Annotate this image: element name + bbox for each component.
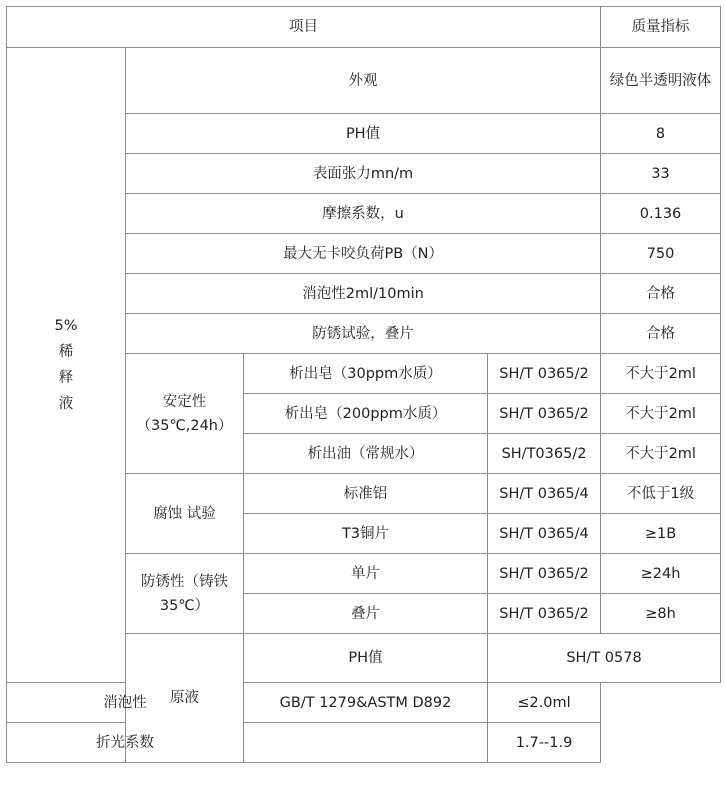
- corrosion-method: SH/T 0365/4: [488, 514, 601, 554]
- value-surface-tension: 33: [601, 154, 721, 194]
- rust-method: SH/T 0365/2: [488, 594, 601, 634]
- corrosion-label: 腐蚀 试验: [126, 474, 244, 554]
- value-friction: 0.136: [601, 194, 721, 234]
- concentrate-value: 1.7--1.9: [488, 723, 601, 763]
- stability-value: 不大于2ml: [601, 434, 721, 474]
- concentrate-value: ≤2.0ml: [488, 683, 601, 723]
- corrosion-item: 标准铝: [244, 474, 488, 514]
- stability-value: 不大于2ml: [601, 354, 721, 394]
- item-surface-tension: 表面张力mn/m: [126, 154, 601, 194]
- value-defoaming: 合格: [601, 274, 721, 314]
- rust-method: SH/T 0365/2: [488, 554, 601, 594]
- rust-item: 叠片: [244, 594, 488, 634]
- corrosion-item: T3铜片: [244, 514, 488, 554]
- rust-label: 防锈性（铸铁35℃）: [126, 554, 244, 634]
- rust-value: ≥8h: [601, 594, 721, 634]
- concentrate-item: 消泡性: [7, 683, 244, 723]
- item-max-load: 最大无卡咬负荷PB（N）: [126, 234, 601, 274]
- value-ph: 8: [601, 114, 721, 154]
- header-quality-index: 质量指标: [601, 7, 721, 48]
- stability-item: 析出皂（30ppm水质）: [244, 354, 488, 394]
- table-row: 消泡性 GB/T 1279&ASTM D892 ≤2.0ml: [7, 683, 721, 723]
- header-row: 项目 质量指标: [7, 7, 721, 48]
- stability-method: SH/T0365/2: [488, 434, 601, 474]
- stability-method: SH/T 0365/2: [488, 394, 601, 434]
- concentrate-item: PH值: [244, 634, 488, 683]
- item-appearance: 外观: [126, 48, 601, 114]
- item-friction: 摩擦系数，u: [126, 194, 601, 234]
- corrosion-value: ≥1B: [601, 514, 721, 554]
- item-ph: PH值: [126, 114, 601, 154]
- value-rust-test: 合格: [601, 314, 721, 354]
- header-item: 项目: [7, 7, 601, 48]
- table-row: 折光系数 1.7--1.9: [7, 723, 721, 763]
- item-defoaming: 消泡性2ml/10min: [126, 274, 601, 314]
- stability-item: 析出油（常规水）: [244, 434, 488, 474]
- concentrate-method: GB/T 1279&ASTM D892: [244, 683, 488, 723]
- corrosion-value: 不低于1级: [601, 474, 721, 514]
- dilute-group-label: 5% 稀 释 液: [7, 48, 126, 683]
- item-rust-test: 防锈试验，叠片: [126, 314, 601, 354]
- quality-spec-table: 项目 质量指标 5% 稀 释 液 外观 绿色半透明液体 PH值 8 表面张力mn…: [6, 6, 721, 763]
- stability-value: 不大于2ml: [601, 394, 721, 434]
- stability-label: 安定性（35℃,24h）: [126, 354, 244, 474]
- concentrate-item: 折光系数: [7, 723, 244, 763]
- corrosion-method: SH/T 0365/4: [488, 474, 601, 514]
- rust-value: ≥24h: [601, 554, 721, 594]
- concentrate-method: SH/T 0578: [488, 634, 721, 683]
- stability-item: 析出皂（200ppm水质）: [244, 394, 488, 434]
- rust-item: 单片: [244, 554, 488, 594]
- concentrate-method: [244, 723, 488, 763]
- stability-method: SH/T 0365/2: [488, 354, 601, 394]
- table-row: 5% 稀 释 液 外观 绿色半透明液体: [7, 48, 721, 114]
- value-appearance: 绿色半透明液体: [601, 48, 721, 114]
- value-max-load: 750: [601, 234, 721, 274]
